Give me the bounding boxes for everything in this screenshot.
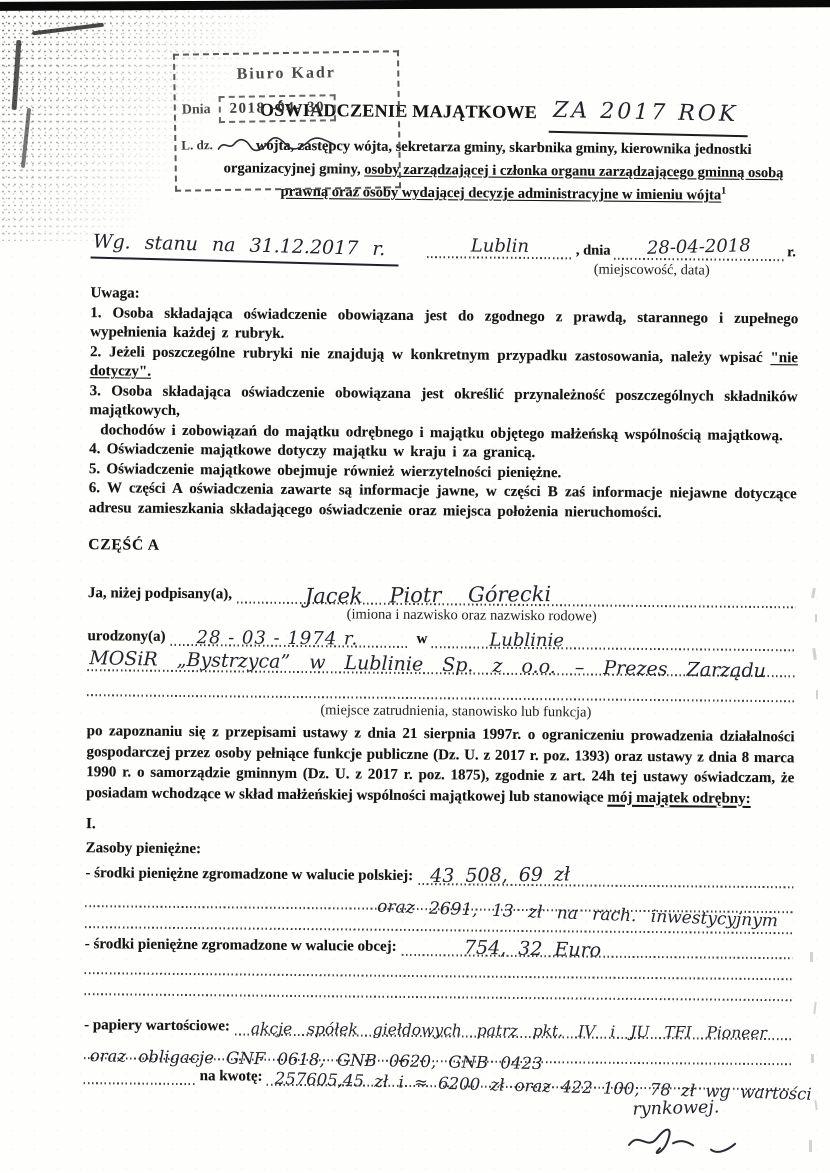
date-field: 28-04-2018 (613, 238, 784, 261)
name-field: Jacek Piotr Górecki (237, 582, 796, 609)
amount-field: 257605,45 zł i ≈ 6200 zł oraz 422 100, 7… (267, 1064, 792, 1091)
fx-funds-row: - środki pieniężne zgromadzone w walucie… (85, 931, 793, 959)
birth-row: urodzony(a) 28 - 03 - 1974 r. w Lublinie (87, 623, 795, 651)
stamp-reference-row: L. dz. (181, 134, 398, 153)
note-item: 1. Osoba składająca oświadczenie obowiąz… (90, 304, 798, 349)
employment-caption: (miejsce zatrudnienia, stanowisko lub fu… (117, 701, 795, 724)
place-date-line: Lublin , dnia 28-04-2018 r. (427, 236, 799, 261)
as-of-note: Wg. stanu na 31.12.2017 r. (91, 231, 400, 267)
document-content: OŚWIADCZENIE MAJĄTKOWEZA 2017 ROK wójta,… (0, 0, 830, 1169)
place-field: Lublin (427, 236, 573, 259)
birth-place-field: Lublinie (431, 626, 795, 651)
legal-paragraph: po zapoznaniu się z przepisami ustawy z … (86, 721, 795, 809)
employment-field: MOSiR „Bystrzyca” w Lublinie Sp. z o.o. … (87, 649, 795, 703)
pln-funds-extra-value: oraz 2691, 13 zł na rach. inwestycyjnym (377, 897, 779, 932)
date-label: , dnia (576, 243, 611, 260)
dotted-line (85, 972, 793, 980)
subtitle-line-2-underlined: osoby zarządzającej i członka organu zar… (364, 161, 783, 181)
declarant-intro-label: Ja, niżej podpisany(a), (88, 585, 237, 603)
scanned-asset-declaration-page: { "document": { "stamp": { "office_name"… (0, 0, 830, 1173)
footnote-marker: 1 (721, 186, 726, 197)
amount-label: na kwotę: (196, 1068, 267, 1086)
pln-funds-value: 43 508, 69 zł (430, 863, 570, 887)
place-date-block: Lublin , dnia 28-04-2018 r. (miejscowość… (427, 236, 799, 280)
born-label: urodzony(a) (87, 628, 170, 646)
signature-scribble (623, 1121, 791, 1169)
received-stamp: Biuro Kadr Dnia 2018 -04- 30 L. dz. (173, 50, 401, 192)
reference-scribble-icon (217, 135, 337, 153)
title-year-annotation: ZA 2017 ROK (549, 94, 749, 138)
note-item-2-text: 2. Jeżeli poszczególne rubryki nie znajd… (90, 344, 771, 366)
pln-funds-label: - środki pieniężne zgromadzone w walucie… (85, 865, 418, 885)
note-item: 6. W części A oświadczenia zawarte są in… (89, 479, 797, 524)
place-date-caption: (miejscowość, data) (505, 261, 799, 281)
fx-funds-label: - środki pieniężne zgromadzone w walucie… (85, 936, 402, 956)
born-in-label: w (408, 631, 431, 648)
note-item: 2. Jeżeli poszczególne rubryki nie znajd… (90, 343, 798, 388)
stamp-date-label: Dnia (182, 102, 211, 118)
legal-text: po zapoznaniu się z przepisami ustawy z … (86, 723, 794, 785)
stamp-date-row: Dnia 2018 -04- 30 (176, 93, 398, 123)
birth-date-value: 28 - 03 - 1974 r. (196, 627, 358, 649)
dotted-line (84, 993, 792, 1001)
birth-place-value: Lublinie (489, 630, 564, 652)
amount-row: na kwotę: 257605,45 zł i ≈ 6200 zł oraz … (84, 1062, 792, 1090)
section-one-numeral: I. (86, 815, 794, 839)
part-a-heading: CZĘŚĆ A (88, 536, 796, 560)
pln-funds-extra-row: oraz 2691, 13 zł na rach. inwestycyjnym (85, 883, 793, 913)
signature-icon (623, 1121, 743, 1164)
fx-funds-field: 754, 32 Euro (402, 934, 793, 959)
notes-block: Uwaga: 1. Osoba składająca oświadczenie … (89, 284, 799, 524)
securities-label: - papiery wartościowe: (84, 1017, 235, 1035)
employment-value: MOSiR „Bystrzyca” w Lublinie Sp. z o.o. … (89, 647, 766, 682)
stamp-reference-label: L. dz. (181, 137, 213, 153)
amount-value-continuation: rynkowej. (632, 1095, 791, 1119)
securities-extra-row: oraz obligacje GNF 0618, GNB 0620, GNB 0… (84, 1035, 792, 1065)
status-line: Wg. stanu na 31.12.2017 r. Lublin , dnia… (91, 233, 799, 280)
note-item: 3. Osoba składająca oświadczenie obowiąz… (89, 382, 797, 427)
date-value: 28-04-2018 (647, 235, 751, 259)
place-value: Lublin (471, 236, 529, 258)
legal-underlined: mój majątek odrębny: (607, 789, 750, 806)
stamp-office-name: Biuro Kadr (175, 63, 397, 84)
pln-funds-field: 43 508, 69 zł (418, 863, 793, 888)
date-suffix: r. (787, 245, 796, 262)
dotted-line (84, 1062, 196, 1085)
stamp-date-value: 2018 -04- 30 (218, 94, 336, 123)
name-value: Jacek Piotr Górecki (305, 582, 551, 608)
section-one-heading: Zasoby pieniężne: (86, 840, 794, 863)
birth-date-field: 28 - 03 - 1974 r. (170, 624, 408, 648)
fx-funds-value: 754, 32 Euro (464, 936, 602, 961)
